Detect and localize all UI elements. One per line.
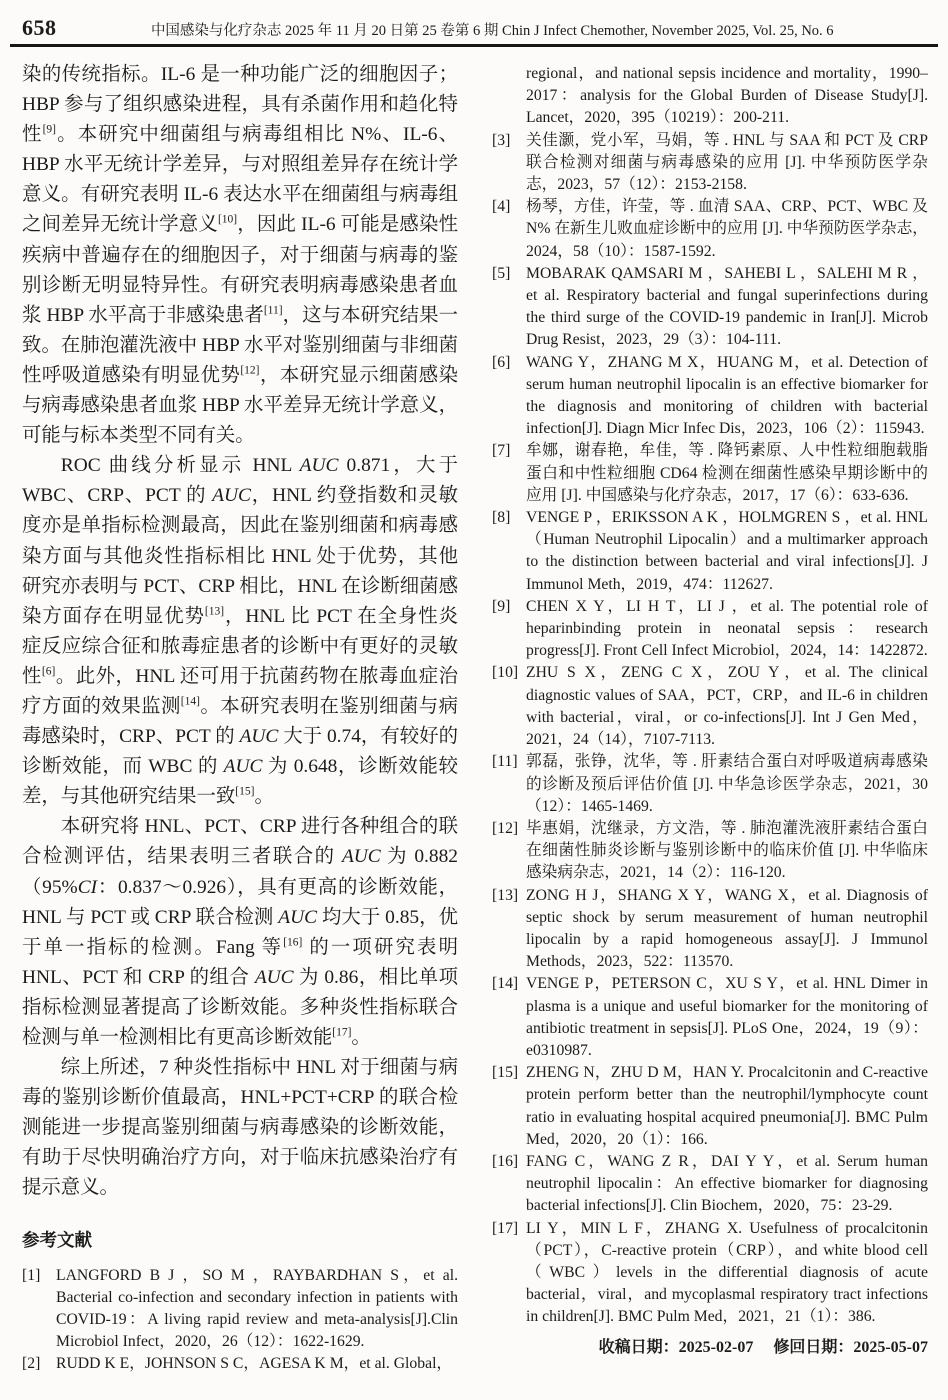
paragraph-4: 综上所述，7 种炎性指标中 HNL 对于细菌与病毒的鉴别诊断价值最高，HNL+P… [22, 1053, 458, 1203]
reference-number: [4] [492, 196, 510, 218]
reference-text: ZONG H J，SHANG X Y，WANG X，et al. Diagnos… [526, 887, 928, 971]
reference-text: RUDD K E，JOHNSON S C，AGESA K M，et al. Gl… [56, 1355, 452, 1372]
reference-item-6: [6]WANG Y，ZHANG M X，HUANG M，et al. Detec… [492, 352, 928, 441]
citation-superscript: [6] [42, 665, 55, 677]
reference-text: LANGFORD B J ，SO M ，RAYBARDHAN S，et al. … [56, 1267, 458, 1351]
page-header: 658 中国感染与化疗杂志 2025 年 11 月 20 日第 25 卷第 6 … [22, 15, 928, 41]
reference-item-13: [13]ZONG H J，SHANG X Y，WANG X，et al. Dia… [492, 885, 928, 974]
reference-item-16: [16]FANG C，WANG Z R，DAI Y Y，et al. Serum… [492, 1151, 928, 1218]
citation-superscript: [16] [283, 936, 302, 948]
citation-superscript: [15] [235, 786, 254, 798]
reference-item-17: [17]LI Y，MIN L F，ZHANG X. Usefulness of … [492, 1218, 928, 1329]
reference-item-14: [14]VENGE P，PETERSON C，XU S Y，et al. HNL… [492, 973, 928, 1062]
reference-number: [9] [492, 596, 510, 618]
reference-number: [11] [492, 751, 518, 773]
reference-text: 毕惠娟，沈继录，方文浩，等 . 肺泡灌洗液肝素结合蛋白在细菌性肺炎诊断与鉴别诊断… [526, 820, 928, 881]
header-rule [10, 44, 938, 47]
reference-item-4: [4]杨琴，方佳，许莹，等 . 血清 SAA、CRP、PCT、WBC 及 N% … [492, 196, 928, 263]
reference-text: LI Y，MIN L F，ZHANG X. Usefulness of proc… [526, 1220, 928, 1326]
reference-item-1: [1]LANGFORD B J ，SO M ，RAYBARDHAN S，et a… [22, 1265, 458, 1354]
reference-text: 关佳灏，党小军，马娟，等 . HNL 与 SAA 和 PCT 及 CRP 联合检… [526, 132, 928, 193]
reference-number: [16] [492, 1151, 518, 1173]
reference-text: 郭磊，张铮，沈华，等 . 肝素结合蛋白对呼吸道病毒感染的诊断及预后评估价值 [J… [526, 753, 928, 814]
reference-number: [1] [22, 1265, 40, 1287]
paragraph-3: 本研究将 HNL、PCT、CRP 进行各种组合的联合检测评估，结果表明三者联合的… [22, 812, 458, 1053]
italic-term: AUC [224, 756, 263, 777]
citation-superscript: [11] [264, 304, 283, 316]
reference-number: [3] [492, 130, 510, 152]
reference-text: CHEN X Y，LI H T，LI J ，et al. The potenti… [526, 598, 928, 659]
reference-item-10: [10]ZHU S X，ZENG C X，ZOU Y，et al. The cl… [492, 662, 928, 751]
reference-number: [8] [492, 507, 510, 529]
reference-text: FANG C，WANG Z R，DAI Y Y，et al. Serum hum… [526, 1153, 928, 1214]
dates-line: 收稿日期：2025-02-07 修回日期：2025-05-07 [492, 1334, 928, 1357]
reference-number: [13] [492, 885, 518, 907]
reference-item-5: [5]MOBARAK QAMSARI M ，SAHEBI L ，SALEHI M… [492, 263, 928, 352]
citation-superscript: [17] [332, 1027, 351, 1039]
reference-item-2: [2]RUDD K E，JOHNSON S C，AGESA K M，et al.… [22, 1353, 458, 1375]
italic-term: AUC [240, 726, 279, 747]
reference-2-continuation: regional，and national sepsis incidence a… [492, 63, 928, 130]
left-column: 染的传统指标。IL-6 是一种功能广泛的细胞因子；HBP 参与了组织感染进程，具… [22, 60, 458, 1376]
reference-text: ZHU S X，ZENG C X，ZOU Y，et al. The clinic… [526, 664, 928, 748]
italic-term: AUC [255, 967, 294, 988]
reference-text: ZHENG N，ZHU D M，HAN Y. Procalcitonin and… [526, 1064, 928, 1148]
italic-term: AUC [300, 455, 339, 476]
reference-item-8: [8]VENGE P ，ERIKSSON A K ，HOLMGREN S ，et… [492, 507, 928, 596]
reference-number: [2] [22, 1353, 40, 1375]
reference-item-7: [7]牟娜，谢春艳，牟佳，等 . 降钙素原、人中性粒细胞载脂蛋白和中性粒细胞 C… [492, 440, 928, 507]
citation-superscript: [13] [205, 605, 224, 617]
reference-number: [12] [492, 818, 518, 840]
reference-text: 杨琴，方佳，许莹，等 . 血清 SAA、CRP、PCT、WBC 及 N% 在新生… [526, 198, 928, 259]
reference-item-12: [12]毕惠娟，沈继录，方文浩，等 . 肺泡灌洗液肝素结合蛋白在细菌性肺炎诊断与… [492, 818, 928, 885]
reference-text: 牟娜，谢春艳，牟佳，等 . 降钙素原、人中性粒细胞载脂蛋白和中性粒细胞 CD64… [526, 442, 928, 503]
references-list-left: [1]LANGFORD B J ，SO M ，RAYBARDHAN S，et a… [22, 1265, 458, 1376]
page-number: 658 [22, 15, 57, 41]
citation-superscript: [10] [218, 214, 237, 226]
journal-title-line: 中国感染与化疗杂志 2025 年 11 月 20 日第 25 卷第 6 期 Ch… [57, 19, 929, 40]
reference-number: [6] [492, 352, 510, 374]
article-body: 染的传统指标。IL-6 是一种功能广泛的细胞因子；HBP 参与了组织感染进程，具… [22, 60, 928, 1376]
revised-date: 修回日期：2025-05-07 [773, 1339, 928, 1356]
reference-number: [15] [492, 1062, 518, 1084]
italic-term: CI [78, 877, 97, 898]
reference-item-15: [15]ZHENG N，ZHU D M，HAN Y. Procalcitonin… [492, 1062, 928, 1151]
discussion-paragraphs: 染的传统指标。IL-6 是一种功能广泛的细胞因子；HBP 参与了组织感染进程，具… [22, 60, 458, 1204]
reference-number: [17] [492, 1218, 518, 1240]
reference-text: VENGE P，PETERSON C，XU S Y，et al. HNL Dim… [526, 975, 928, 1059]
citation-superscript: [9] [43, 124, 56, 136]
reference-item-9: [9]CHEN X Y，LI H T，LI J ，et al. The pote… [492, 596, 928, 663]
citation-superscript: [14] [181, 696, 200, 708]
received-date: 收稿日期：2025-02-07 [599, 1339, 754, 1356]
reference-item-3: [3]关佳灏，党小军，马娟，等 . HNL 与 SAA 和 PCT 及 CRP … [492, 130, 928, 197]
italic-term: AUC [342, 846, 381, 867]
reference-number: [14] [492, 973, 518, 995]
reference-text: MOBARAK QAMSARI M ，SAHEBI L ，SALEHI M R … [526, 265, 928, 349]
paragraph-2: ROC 曲线分析显示 HNL AUC 0.871，大于 WBC、CRP、PCT … [22, 451, 458, 812]
citation-superscript: [12] [240, 364, 259, 376]
reference-number: [5] [492, 263, 510, 285]
italic-term: AUC [212, 485, 251, 506]
reference-number: [10] [492, 662, 518, 684]
references-heading: 参考文献 [22, 1227, 458, 1252]
right-column: regional，and national sepsis incidence a… [492, 60, 928, 1376]
reference-text: WANG Y，ZHANG M X，HUANG M，et al. Detectio… [526, 354, 928, 438]
references-list-right: [3]关佳灏，党小军，马娟，等 . HNL 与 SAA 和 PCT 及 CRP … [492, 130, 928, 1329]
reference-text: VENGE P ，ERIKSSON A K ，HOLMGREN S ，et al… [526, 509, 928, 593]
italic-term: AUC [278, 907, 317, 928]
reference-number: [7] [492, 440, 510, 462]
paragraph-1: 染的传统指标。IL-6 是一种功能广泛的细胞因子；HBP 参与了组织感染进程，具… [22, 60, 458, 451]
reference-item-11: [11]郭磊，张铮，沈华，等 . 肝素结合蛋白对呼吸道病毒感染的诊断及预后评估价… [492, 751, 928, 818]
